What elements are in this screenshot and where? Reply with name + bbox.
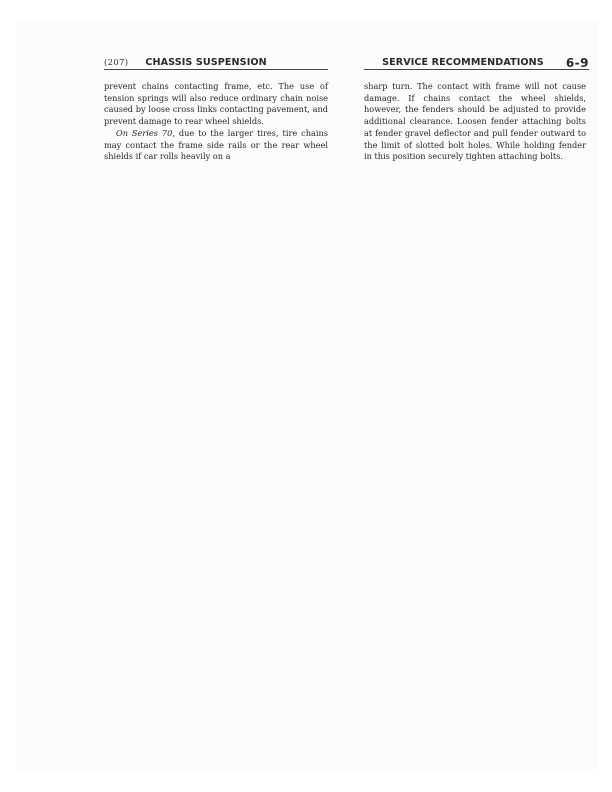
right-running-header: SERVICE RECOMMENDATIONS 6-9 <box>364 55 589 70</box>
left-text-column: prevent chains contacting frame, etc. Th… <box>104 81 328 163</box>
right-text-column: sharp turn. The contact with frame will … <box>364 81 586 163</box>
left-running-header: (207) CHASSIS SUSPENSION <box>104 55 328 70</box>
paragraph: sharp turn. The contact with frame will … <box>364 81 586 163</box>
page-number: (207) <box>104 57 128 69</box>
paragraph: On Series 70, due to the larger tires, t… <box>104 128 328 163</box>
section-title-left: CHASSIS SUSPENSION <box>145 57 266 69</box>
paragraph: prevent chains contacting frame, etc. Th… <box>104 81 328 128</box>
chapter-page-number: 6-9 <box>566 57 589 69</box>
section-title-right: SERVICE RECOMMENDATIONS <box>382 57 544 69</box>
italic-series-reference: On Series 70 <box>116 128 172 138</box>
